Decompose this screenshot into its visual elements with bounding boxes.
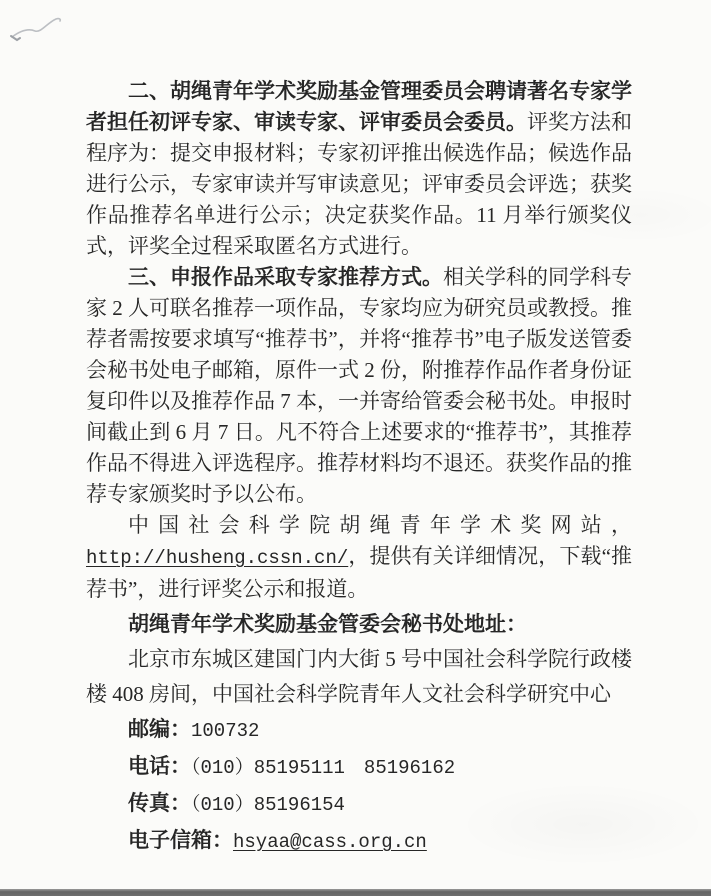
pencil-scribble xyxy=(4,6,74,50)
paragraph-recommendation: 三、申报作品采取专家推荐方式。相关学科的同学科专家 2 人可联名推荐一项作品，专… xyxy=(86,262,632,510)
paragraph-body-text: 相关学科的同学科专家 2 人可联名推荐一项作品，专家均应为研究员或教授。推荐者需… xyxy=(86,265,632,506)
contact-row-phone: 电话：（010）85195111 85196162 xyxy=(128,749,632,786)
postcode-value: 100732 xyxy=(191,720,259,742)
website-intro-text: 中国社会科学院胡绳青年学术奖网站， xyxy=(128,513,632,537)
document-page: 二、胡绳青年学术奖励基金管理委员会聘请著名专家学者担任初评专家、审读专家、评审委… xyxy=(0,0,711,896)
email-label: 电子信箱： xyxy=(128,828,233,852)
secretariat-section: 胡绳青年学术奖励基金管委会秘书处地址： 北京市东城区建国门内大街 5 号中国社会… xyxy=(86,607,632,860)
contact-row-fax: 传真：（010）85196154 xyxy=(128,786,632,823)
scan-edge-bar xyxy=(0,889,711,896)
contact-row-postcode: 邮编：100732 xyxy=(128,712,632,749)
postcode-label: 邮编： xyxy=(128,717,191,741)
paragraph-expert-committee: 二、胡绳青年学术奖励基金管理委员会聘请著名专家学者担任初评专家、审读专家、评审委… xyxy=(86,76,632,262)
email-link[interactable]: hsyaa@cass.org.cn xyxy=(233,831,427,853)
phone-label: 电话： xyxy=(128,754,191,778)
fax-value: （010）85196154 xyxy=(191,794,345,816)
address-heading: 胡绳青年学术奖励基金管委会秘书处地址： xyxy=(86,607,632,642)
website-link[interactable]: http://husheng.cssn.cn/ xyxy=(86,547,348,569)
paragraph-lead-bold: 三、申报作品采取专家推荐方式。 xyxy=(128,265,443,289)
document-body: 二、胡绳青年学术奖励基金管理委员会聘请著名专家学者担任初评专家、审读专家、评审委… xyxy=(86,76,632,860)
fax-label: 传真： xyxy=(128,791,191,815)
address-text: 北京市东城区建国门内大街 5 号中国社会科学院行政楼楼 408 房间，中国社会科… xyxy=(86,642,632,712)
contact-row-email: 电子信箱：hsyaa@cass.org.cn xyxy=(128,823,632,860)
phone-value: （010）85195111 85196162 xyxy=(191,757,455,779)
paragraph-website: 中国社会科学院胡绳青年学术奖网站，http://husheng.cssn.cn/… xyxy=(86,510,632,605)
